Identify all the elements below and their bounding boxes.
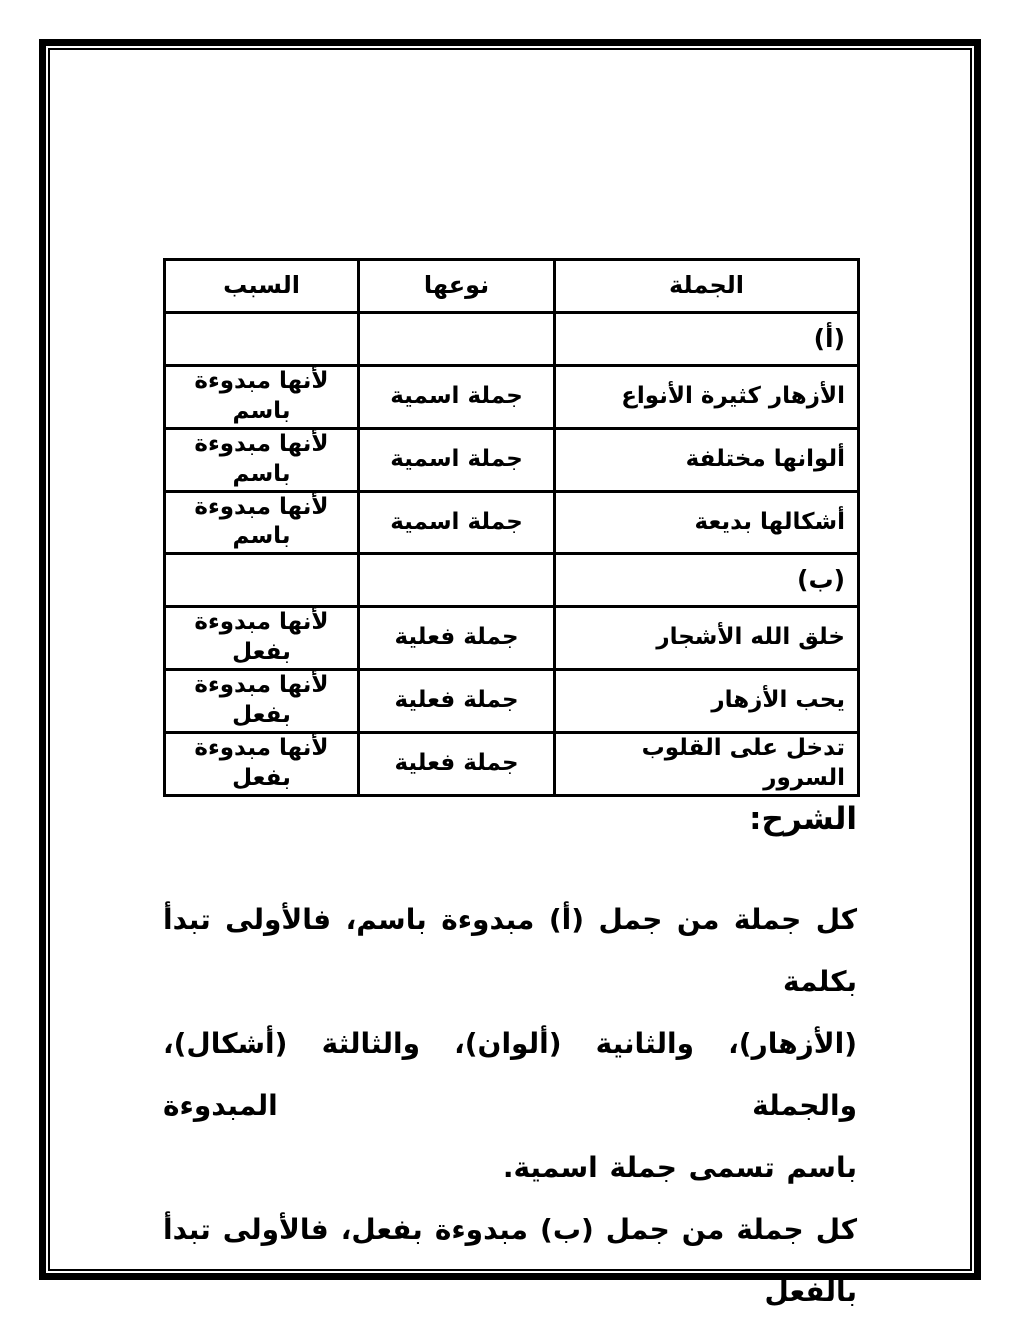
table-header-row: الجملة نوعها السبب <box>165 260 859 313</box>
sentence-cell: الأزهار كثيرة الأنواع <box>555 366 859 429</box>
table-row: الأزهار كثيرة الأنواع جملة اسمية لأنها م… <box>165 366 859 429</box>
table-row: ألوانها مختلفة جملة اسمية لأنها مبدوءة ب… <box>165 428 859 491</box>
reason-cell: لأنها مبدوءة بفعل <box>165 670 359 733</box>
empty-cell <box>359 313 555 366</box>
explanation-line: كل جملة من جمل (أ) مبدوءة باسم، فالأولى … <box>163 889 857 1013</box>
empty-cell <box>359 554 555 607</box>
sentence-cell: يحب الأزهار <box>555 670 859 733</box>
reason-cell: لأنها مبدوءة باسم <box>165 428 359 491</box>
table-row-group-a: (أ) <box>165 313 859 366</box>
type-cell: جملة فعلية <box>359 732 555 795</box>
group-a-label: (أ) <box>555 313 859 366</box>
type-cell: جملة اسمية <box>359 491 555 554</box>
type-cell: جملة اسمية <box>359 366 555 429</box>
table-row: يحب الأزهار جملة فعلية لأنها مبدوءة بفعل <box>165 670 859 733</box>
document-page: الجملة نوعها السبب (أ) الأزهار كثيرة الأ… <box>0 0 1020 1320</box>
table-row: تدخل على القلوب السرور جملة فعلية لأنها … <box>165 732 859 795</box>
explanation-section: الشرح: كل جملة من جمل (أ) مبدوءة باسم، ف… <box>163 795 857 1320</box>
sentence-cell: تدخل على القلوب السرور <box>555 732 859 795</box>
explanation-line: كل جملة من جمل (ب) مبدوءة بفعل، فالأولى … <box>163 1199 857 1320</box>
sentence-cell: خلق الله الأشجار <box>555 607 859 670</box>
empty-cell <box>165 313 359 366</box>
explanation-line: باسم تسمى جملة اسمية. <box>163 1137 857 1199</box>
sentence-cell: أشكالها بديعة <box>555 491 859 554</box>
reason-cell: لأنها مبدوءة بفعل <box>165 607 359 670</box>
type-cell: جملة اسمية <box>359 428 555 491</box>
type-cell: جملة فعلية <box>359 607 555 670</box>
header-reason: السبب <box>165 260 359 313</box>
header-sentence: الجملة <box>555 260 859 313</box>
reason-cell: لأنها مبدوءة باسم <box>165 366 359 429</box>
explanation-line: (الأزهار)، والثانية (ألوان)، والثالثة (أ… <box>163 1013 857 1137</box>
empty-cell <box>165 554 359 607</box>
table-row-group-b: (ب) <box>165 554 859 607</box>
type-cell: جملة فعلية <box>359 670 555 733</box>
sentence-cell: ألوانها مختلفة <box>555 428 859 491</box>
explanation-heading: الشرح: <box>163 795 857 843</box>
table-row: خلق الله الأشجار جملة فعلية لأنها مبدوءة… <box>165 607 859 670</box>
header-type: نوعها <box>359 260 555 313</box>
group-b-label: (ب) <box>555 554 859 607</box>
reason-cell: لأنها مبدوءة بفعل <box>165 732 359 795</box>
table-row: أشكالها بديعة جملة اسمية لأنها مبدوءة با… <box>165 491 859 554</box>
reason-cell: لأنها مبدوءة باسم <box>165 491 359 554</box>
sentence-types-table: الجملة نوعها السبب (أ) الأزهار كثيرة الأ… <box>163 258 860 797</box>
